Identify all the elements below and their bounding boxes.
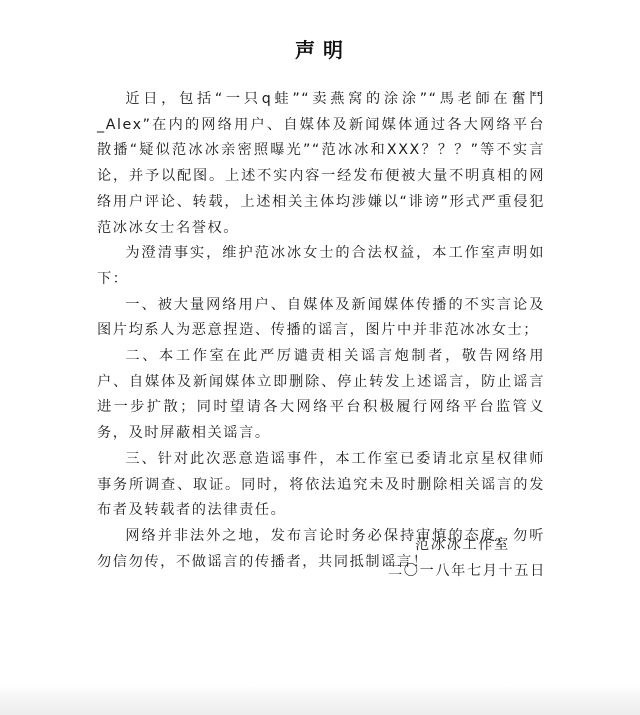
- bottom-shadow: [0, 685, 640, 715]
- paragraph-point-two: 二、本工作室在此严厉谴责相关谣言炮制者，敬告网络用户、自媒体及新闻媒体立即删除、…: [97, 344, 545, 447]
- paragraph-intro: 近日，包括“一只q蛙”“卖燕窝的涂涂”“馬老師在奮鬥_Alex”在内的网络用户、…: [97, 87, 545, 241]
- signature-organization: 范冰冰工作室: [388, 533, 528, 559]
- document-title: 声明: [0, 38, 640, 62]
- paragraph-point-three: 三、针对此次恶意造谣事件，本工作室已委请北京星权律师事务所调查、取证。同时，将依…: [97, 447, 545, 524]
- document-body: 近日，包括“一只q蛙”“卖燕窝的涂涂”“馬老師在奮鬥_Alex”在内的网络用户、…: [97, 87, 545, 575]
- signature-block: 范冰冰工作室 二〇一八年七月十五日: [388, 533, 528, 584]
- statement-page: 声明 近日，包括“一只q蛙”“卖燕窝的涂涂”“馬老師在奮鬥_Alex”在内的网络…: [0, 0, 640, 715]
- paragraph-point-one: 一、被大量网络用户、自媒体及新闻媒体传播的不实言论及图片均系人为恶意捏造、传播的…: [97, 293, 545, 344]
- signature-date: 二〇一八年七月十五日: [388, 559, 528, 585]
- paragraph-declaration: 为澄清事实，维护范冰冰女士的合法权益，本工作室声明如下：: [97, 241, 545, 292]
